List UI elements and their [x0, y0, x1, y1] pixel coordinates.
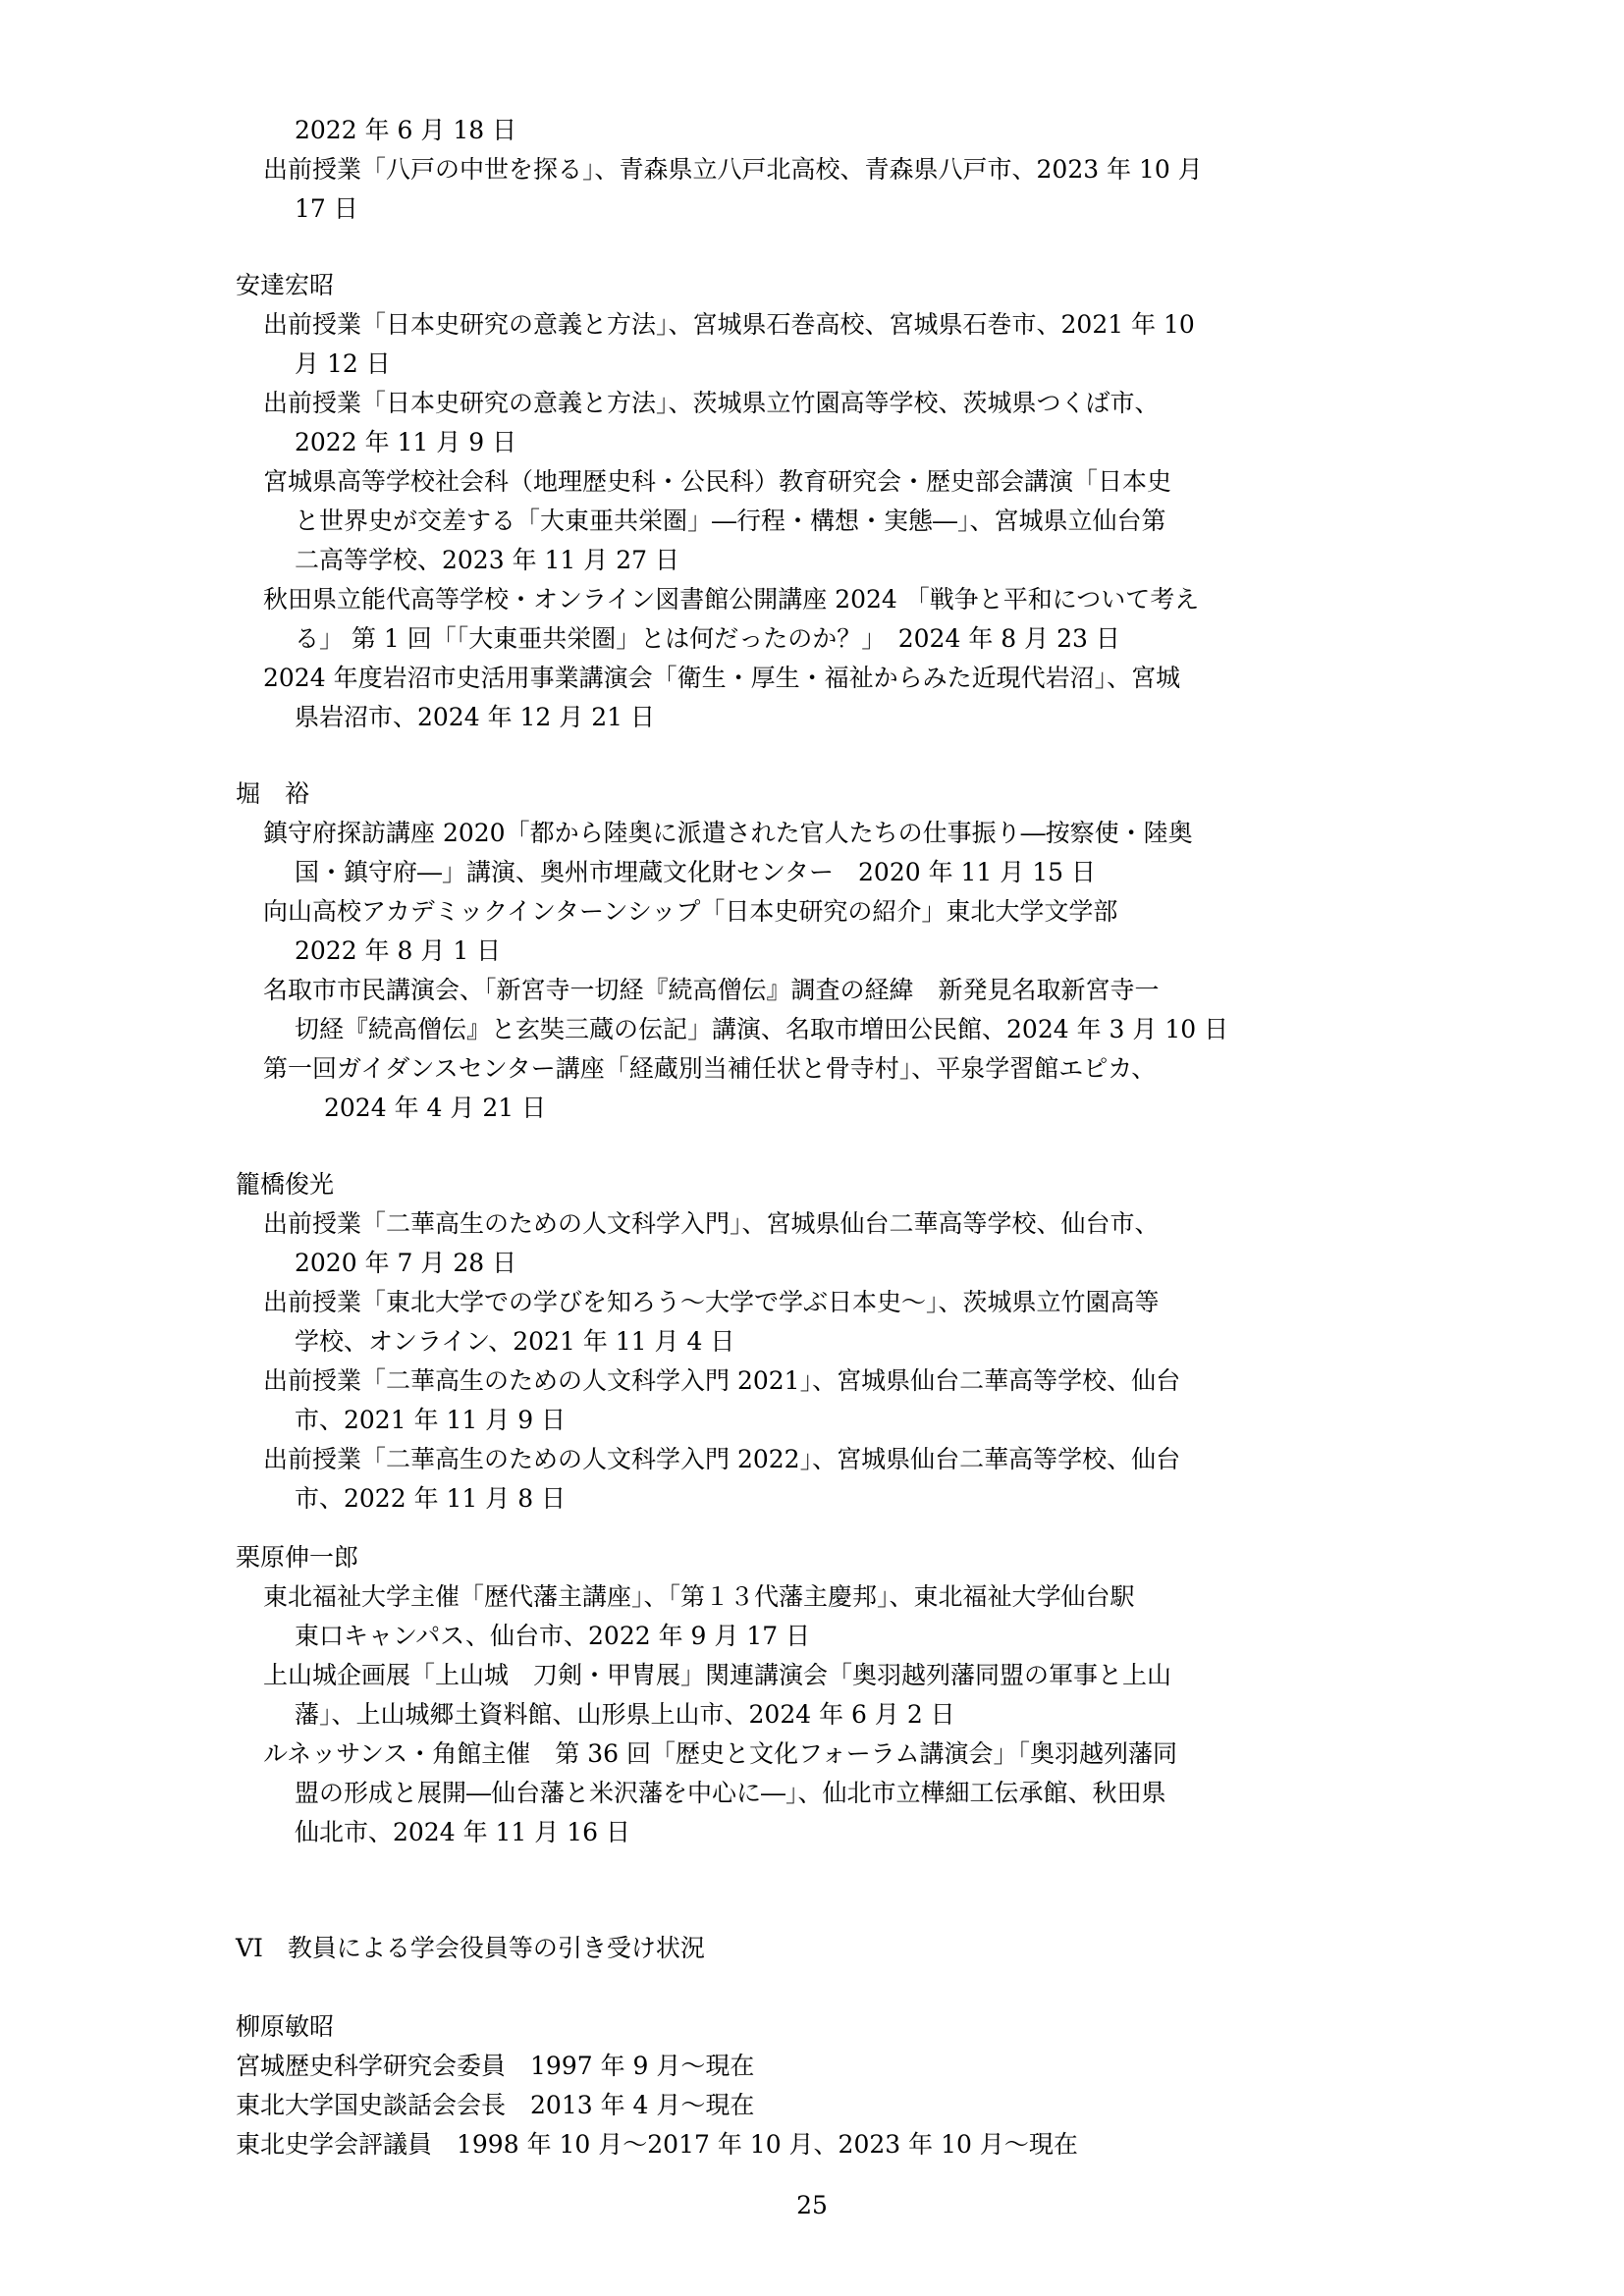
entry-continuation: と世界史が交差する「大東亜共栄圏」―行程・構想・実態―」、宮城県立仙台第: [295, 507, 1166, 536]
entry-continuation: 2022 年 6 月 18 日: [295, 116, 516, 145]
page-number: 25: [0, 2191, 1624, 2220]
entry-continuation: 学校、オンライン、2021 年 11 月 4 日: [295, 1327, 734, 1357]
entry-continuation: 月 12 日: [295, 349, 391, 379]
entry-line: 第一回ガイダンスセンター講座「経蔵別当補任状と骨寺村」、平泉学習館エピカ、: [263, 1054, 1156, 1084]
entry-continuation: る」 第 1 回「「大東亜共栄圏」とは何だったのか？」 2024 年 8 月 2…: [295, 624, 1120, 654]
entry-continuation: 東口キャンパス、仙台市、2022 年 9 月 17 日: [295, 1622, 810, 1651]
person-name: 柳原敏昭: [236, 2012, 334, 2042]
entry-continuation: 17 日: [295, 194, 358, 224]
entry-line: 出前授業「二華高生のための人文科学入門」、宮城県仙台二華高等学校、仙台市、: [263, 1209, 1160, 1239]
entry-line: 出前授業「日本史研究の意義と方法」、茨城県立竹園高等学校、茨城県つくば市、: [263, 389, 1160, 418]
entry-line: 東北福祉大学主催「歴代藩主講座」、「第１３代藩主慶邦」、東北福祉大学仙台駅: [263, 1582, 1135, 1612]
role-line: 宮城歴史科学研究会委員 1997 年 9 月～現在: [236, 2052, 754, 2081]
entry-line: 鎮守府探訪講座 2020「都から陸奥に派遣された官人たちの仕事振り―按察使・陸奥: [263, 819, 1193, 848]
person-name: 安達宏昭: [236, 271, 334, 300]
entry-line: 上山城企画展「上山城 刀剣・甲冑展」関連講演会「奥羽越列藩同盟の軍事と上山: [263, 1661, 1171, 1690]
entry-line: 秋田県立能代高等学校・オンライン図書館公開講座 2024 「戦争と平和について考…: [263, 585, 1199, 614]
entry-continuation: 2024 年 4 月 21 日: [324, 1094, 546, 1123]
entry-continuation: 2022 年 11 月 9 日: [295, 428, 516, 457]
section-heading: VI 教員による学会役員等の引き受け状況: [236, 1934, 705, 1963]
entry-line: 宮城県高等学校社会科（地理歴史科・公民科）教育研究会・歴史部会講演「日本史: [263, 467, 1171, 497]
entry-continuation: 仙北市、2024 年 11 月 16 日: [295, 1818, 630, 1847]
entry-continuation: 市、2021 年 11 月 9 日: [295, 1406, 566, 1435]
person-name: 籠橋俊光: [236, 1170, 334, 1200]
entry-continuation: 2020 年 7 月 28 日: [295, 1249, 516, 1278]
entry-line: 出前授業「東北大学での学びを知ろう～大学で学ぶ日本史～」、茨城県立竹園高等: [263, 1288, 1160, 1317]
entry-line: 出前授業「八戸の中世を探る」、青森県立八戸北高校、青森県八戸市、2023 年 1…: [263, 155, 1203, 185]
entry-line: 出前授業「日本史研究の意義と方法」、宮城県石巻高校、宮城県石巻市、2021 年 …: [263, 310, 1195, 340]
role-line: 東北大学国史談話会会長 2013 年 4 月～現在: [236, 2091, 754, 2120]
entry-line: ルネッサンス・角館主催 第 36 回「歴史と文化フォーラム講演会」「奥羽越列藩同: [263, 1739, 1177, 1769]
entry-continuation: 県岩沼市、2024 年 12 月 21 日: [295, 703, 655, 732]
entry-continuation: 2022 年 8 月 1 日: [295, 936, 501, 966]
entry-continuation: 盟の形成と展開―仙台藩と米沢藩を中心に―」、仙北市立樺細工伝承館、秋田県: [295, 1779, 1166, 1808]
entry-continuation: 二高等学校、2023 年 11 月 27 日: [295, 546, 679, 575]
entry-line: 2024 年度岩沼市史活用事業講演会「衛生・厚生・福祉からみた近現代岩沼」、宮城: [263, 664, 1180, 693]
person-name: 栗原伸一郎: [236, 1543, 358, 1573]
document-page: 2022 年 6 月 18 日 出前授業「八戸の中世を探る」、青森県立八戸北高校…: [0, 0, 1624, 2296]
entry-line: 名取市市民講演会、「新宮寺一切経『続高僧伝』調査の経緯 新発見名取新宮寺一: [263, 976, 1160, 1005]
entry-continuation: 国・鎮守府―」講演、奥州市埋蔵文化財センター 2020 年 11 月 15 日: [295, 858, 1096, 887]
entry-continuation: 切経『続高僧伝』と玄奘三蔵の伝記」講演、名取市増田公民館、2024 年 3 月 …: [295, 1015, 1228, 1044]
entry-line: 出前授業「二華高生のための人文科学入門 2022」、宮城県仙台二華高等学校、仙台: [263, 1445, 1180, 1474]
role-line: 東北史学会評議員 1998 年 10 月～2017 年 10 月、2023 年 …: [236, 2130, 1078, 2160]
entry-continuation: 藩」、上山城郷土資料館、山形県上山市、2024 年 6 月 2 日: [295, 1700, 955, 1730]
person-name: 堀 裕: [236, 779, 309, 809]
entry-continuation: 市、2022 年 11 月 8 日: [295, 1484, 566, 1514]
entry-line: 向山高校アカデミックインターンシップ「日本史研究の紹介」東北大学文学部: [263, 897, 1117, 927]
entry-line: 出前授業「二華高生のための人文科学入門 2021」、宮城県仙台二華高等学校、仙台: [263, 1366, 1180, 1396]
